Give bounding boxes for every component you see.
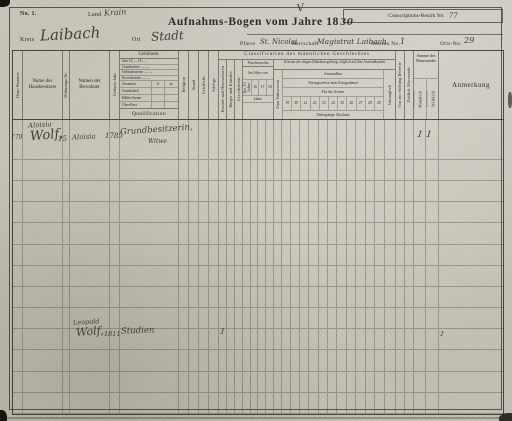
table-cell — [300, 308, 309, 328]
table-cell — [227, 350, 235, 370]
table-cell — [110, 287, 120, 307]
column-header-geistliche: Geistliche — [199, 51, 209, 119]
gebuehren-subrow: Über-Rest — [120, 102, 178, 108]
age-16-header: 16 — [252, 80, 259, 95]
maennlich-label: Männlich — [414, 91, 426, 108]
table-cell — [337, 372, 347, 392]
table-cell — [70, 350, 110, 370]
table-cell — [120, 160, 179, 180]
year-col: 25 — [338, 97, 347, 110]
table-cell — [328, 372, 337, 392]
table-cell — [439, 329, 503, 349]
table-cell — [209, 329, 219, 349]
table-cell — [356, 350, 366, 370]
armee-group: In keine der obigen Rubriken gehörig, fo… — [274, 60, 396, 119]
year-col: 27 — [357, 97, 366, 110]
table-cell — [396, 160, 405, 180]
kreis-value-handwritten: Laibach — [40, 23, 101, 44]
table-cell — [291, 308, 300, 328]
table-cell — [347, 245, 356, 265]
table-cell — [337, 223, 347, 243]
table-cell — [199, 181, 209, 201]
table-cell — [13, 245, 23, 265]
table-cell — [179, 266, 189, 286]
stand-label: Stand — [192, 80, 196, 90]
table-cell — [300, 266, 309, 286]
year-col: 21 — [301, 97, 310, 110]
table-cell — [328, 393, 337, 413]
section-value-handwritten: 1 — [400, 37, 405, 46]
table-cell — [328, 350, 337, 370]
table-cell — [300, 160, 309, 180]
table-cell — [23, 372, 63, 392]
year-col: 20 — [292, 97, 301, 110]
title-underline — [247, 34, 503, 35]
table-cell — [309, 160, 319, 180]
table-cell — [405, 245, 414, 265]
section-label: Section No. — [371, 41, 400, 47]
table-cell — [266, 223, 274, 243]
table-cell — [63, 181, 70, 201]
table-cell — [23, 223, 63, 243]
table-cell — [282, 393, 291, 413]
table-cell — [189, 287, 199, 307]
entry1-wohnungs-nr: 15 — [58, 135, 67, 143]
table-cell — [291, 266, 300, 286]
table-cell — [199, 393, 209, 413]
table-cell — [347, 266, 356, 286]
table-cell — [291, 223, 300, 243]
table-cell — [258, 287, 266, 307]
armee-bottom-label: Altersgattige Abschnitt — [283, 111, 383, 119]
table-cell — [120, 372, 179, 392]
table-cell — [235, 245, 243, 265]
nachwuchs-group: Nachwuchs Im Alter von bis 15 Jahre 16 1… — [243, 60, 274, 119]
table-cell — [300, 350, 309, 370]
table-cell — [291, 329, 300, 349]
table-cell — [366, 120, 375, 159]
table-cell — [209, 266, 219, 286]
table-cell — [70, 266, 110, 286]
table-cell — [23, 329, 63, 349]
table-cell — [258, 393, 266, 413]
table-cell — [405, 181, 414, 201]
table-cell — [235, 393, 243, 413]
table-cell — [414, 393, 426, 413]
annotation-mark: V — [296, 2, 305, 14]
vorzugsweise-band: Vorzugsweise zum Kriegsdienst — [283, 79, 383, 88]
table-cell — [258, 202, 266, 222]
table-cell — [266, 393, 274, 413]
kreuzer-cell — [165, 95, 178, 101]
table-cell — [319, 202, 328, 222]
table-cell — [179, 287, 189, 307]
table-cell — [227, 181, 235, 201]
table-cell — [63, 223, 70, 243]
table-cell — [375, 120, 385, 159]
table-cell — [258, 266, 266, 286]
beamte-label: Beamte und Honoratioren — [221, 66, 225, 112]
table-cell — [282, 350, 291, 370]
table-cell — [189, 266, 199, 286]
table-cell — [274, 160, 282, 180]
table-cell — [227, 372, 235, 392]
table-cell — [63, 393, 70, 413]
table-cell — [375, 181, 385, 201]
table-body — [13, 120, 503, 414]
table-cell — [385, 372, 396, 392]
table-cell — [366, 160, 375, 180]
table-cell — [366, 287, 375, 307]
table-cell — [282, 287, 291, 307]
table-cell — [375, 287, 385, 307]
table-cell — [235, 350, 243, 370]
table-cell — [300, 287, 309, 307]
table-cell — [258, 120, 266, 159]
form-title: Aufnahms-Bogen vom Jahre 1830 — [168, 16, 354, 28]
scan-artifact-bottom-left — [0, 410, 7, 421]
table-cell — [235, 308, 243, 328]
table-cell — [414, 308, 426, 328]
table-cell — [227, 223, 235, 243]
table-cell — [209, 223, 219, 243]
table-cell — [179, 223, 189, 243]
sheet-number: No. 1. — [20, 11, 37, 17]
table-header: Haus-Nummer Name des Hausbesitzers Wohnu… — [13, 51, 503, 120]
table-cell — [179, 350, 189, 370]
table-cell — [319, 266, 328, 286]
kreis-label: Kreis — [20, 37, 35, 43]
untauglich-label: Untauglich — [388, 85, 392, 105]
conscription-value-handwritten: 77 — [449, 12, 458, 20]
table-cell — [414, 287, 426, 307]
table-cell — [120, 266, 179, 286]
table-cell — [209, 350, 219, 370]
table-cell — [13, 223, 23, 243]
table-cell — [243, 202, 251, 222]
table-cell — [23, 202, 63, 222]
table-cell — [199, 245, 209, 265]
table-cell — [347, 223, 356, 243]
table-cell — [70, 372, 110, 392]
table-cell — [319, 350, 328, 370]
table-cell — [110, 181, 120, 201]
column-header-bewohner: Namen der Bewohner — [70, 51, 110, 119]
table-cell — [405, 308, 414, 328]
gebuehren-subrow: Hälfte-Steuer — [120, 95, 178, 102]
table-cell — [251, 393, 258, 413]
table-cell — [426, 245, 439, 265]
table-cell — [375, 393, 385, 413]
table-cell — [356, 160, 366, 180]
ort-value-handwritten: Stadt — [151, 28, 184, 44]
table-cell — [243, 223, 251, 243]
table-cell — [319, 308, 328, 328]
table-cell — [110, 372, 120, 392]
table-cell — [291, 202, 300, 222]
table-cell — [319, 181, 328, 201]
kreuzer-header: kr. — [165, 81, 178, 87]
table-cell — [274, 350, 282, 370]
table-cell — [209, 160, 219, 180]
table-cell — [328, 329, 337, 349]
table-cell — [439, 393, 503, 413]
table-cell — [309, 223, 319, 243]
table-cell — [414, 329, 426, 349]
entry2-class-mark: 1 — [220, 327, 226, 336]
table-cell — [282, 245, 291, 265]
subrow-label: Gesammt — [120, 81, 152, 87]
table-cell — [347, 120, 356, 159]
table-cell — [110, 393, 120, 413]
table-cell — [219, 181, 227, 201]
year-col: 22 — [311, 97, 320, 110]
table-cell — [235, 372, 243, 392]
table-cell — [291, 245, 300, 265]
table-cell — [266, 120, 274, 159]
table-cell — [309, 120, 319, 159]
table-cell — [251, 266, 258, 286]
table-cell — [120, 223, 179, 243]
table-cell — [199, 287, 209, 307]
table-cell — [309, 393, 319, 413]
nachwuchs-title: Nachwuchs — [243, 60, 273, 67]
table-cell — [405, 329, 414, 349]
armee-year-columns: 19 20 21 22 23 24 25 26 27 28 29 — [283, 97, 383, 111]
table-cell — [251, 329, 258, 349]
table-cell — [199, 160, 209, 180]
table-cell — [70, 393, 110, 413]
table-cell — [179, 372, 189, 392]
table-cell — [396, 223, 405, 243]
table-cell — [328, 287, 337, 307]
table-cell — [309, 308, 319, 328]
buerger-label: Bürger und Künstler — [229, 71, 233, 108]
table-cell — [300, 245, 309, 265]
table-cell — [356, 245, 366, 265]
table-cell — [251, 202, 258, 222]
table-row — [13, 202, 503, 223]
table-cell — [309, 245, 319, 265]
table-cell — [319, 393, 328, 413]
table-cell — [219, 308, 227, 328]
entry1-qualification-note: Witwe — [148, 138, 167, 145]
gebuehren-subrow: Grundstück — [120, 88, 178, 95]
adelige-label: Adelige — [212, 78, 216, 92]
table-cell — [282, 160, 291, 180]
table-cell — [337, 287, 347, 307]
table-cell — [63, 350, 70, 370]
column-header-gewerbsleute: Gewerbsleute — [235, 60, 243, 119]
table-cell — [227, 202, 235, 222]
table-row — [13, 393, 503, 414]
table-cell — [243, 393, 251, 413]
table-cell — [405, 120, 414, 159]
table-cell — [405, 287, 414, 307]
table-cell — [70, 160, 110, 180]
table-cell — [426, 287, 439, 307]
table-cell — [337, 393, 347, 413]
table-cell — [179, 160, 189, 180]
table-cell — [227, 245, 235, 265]
table-cell — [366, 329, 375, 349]
table-cell — [120, 350, 179, 370]
table-cell — [291, 350, 300, 370]
table-cell — [414, 181, 426, 201]
table-cell — [70, 181, 110, 201]
table-cell — [385, 329, 396, 349]
table-cell — [235, 202, 243, 222]
table-cell — [258, 329, 266, 349]
table-cell — [13, 329, 23, 349]
table-cell — [227, 120, 235, 159]
table-cell — [426, 350, 439, 370]
table-cell — [274, 120, 282, 159]
herrschaft-label: Herrschaft — [292, 41, 318, 47]
table-cell — [219, 372, 227, 392]
table-cell — [309, 287, 319, 307]
wohnungs-nr-label: Wohnungs-Nr. — [64, 72, 68, 98]
table-cell — [426, 372, 439, 392]
table-cell — [356, 181, 366, 201]
table-cell — [282, 372, 291, 392]
scan-artifact-top-left — [0, 0, 10, 7]
table-cell — [405, 160, 414, 180]
year-col: 26 — [347, 97, 356, 110]
paper-bottom-edge-shadow — [5, 417, 509, 419]
table-cell — [63, 329, 70, 349]
table-cell — [347, 393, 356, 413]
table-cell — [356, 329, 366, 349]
table-cell — [258, 350, 266, 370]
table-cell — [356, 266, 366, 286]
table-cell — [251, 245, 258, 265]
table-cell — [179, 245, 189, 265]
qualification-header: Qualification — [120, 109, 178, 119]
table-cell — [375, 202, 385, 222]
table-cell — [319, 160, 328, 180]
table-cell — [13, 266, 23, 286]
table-cell — [63, 202, 70, 222]
table-cell — [63, 245, 70, 265]
table-cell — [300, 372, 309, 392]
table-cell — [337, 202, 347, 222]
table-cell — [243, 160, 251, 180]
table-cell — [209, 308, 219, 328]
table-cell — [251, 287, 258, 307]
table-cell — [219, 266, 227, 286]
table-cell — [328, 181, 337, 201]
befreite-label: Von der Stellung Befreite — [398, 62, 402, 108]
table-cell — [405, 266, 414, 286]
table-cell — [219, 160, 227, 180]
table-cell — [266, 350, 274, 370]
table-cell — [375, 223, 385, 243]
table-cell — [258, 223, 266, 243]
column-header-befreite: Von der Stellung Befreite — [396, 51, 405, 119]
table-cell — [347, 329, 356, 349]
table-cell — [243, 287, 251, 307]
table-cell — [243, 329, 251, 349]
table-cell — [439, 350, 503, 370]
table-cell — [235, 223, 243, 243]
table-cell — [13, 287, 23, 307]
table-cell — [439, 266, 503, 286]
table-cell — [366, 350, 375, 370]
table-cell — [219, 202, 227, 222]
table-cell — [385, 393, 396, 413]
table-cell — [385, 223, 396, 243]
table-cell — [243, 245, 251, 265]
table-cell — [328, 120, 337, 159]
table-cell — [189, 350, 199, 370]
table-cell — [337, 245, 347, 265]
table-cell — [274, 181, 282, 201]
table-cell — [356, 308, 366, 328]
table-cell — [243, 372, 251, 392]
table-cell — [266, 245, 274, 265]
table-row — [13, 223, 503, 244]
table-cell — [366, 308, 375, 328]
table-cell — [23, 308, 63, 328]
table-cell — [347, 350, 356, 370]
table-cell — [385, 350, 396, 370]
table-cell — [385, 287, 396, 307]
table-cell — [396, 308, 405, 328]
table-cell — [13, 308, 23, 328]
table-cell — [439, 308, 503, 328]
table-cell — [291, 393, 300, 413]
maennlich-col: Männlich — [414, 79, 427, 119]
table-cell — [356, 372, 366, 392]
florin-cell — [152, 102, 165, 108]
nachwuchs-jahre: Jahre — [243, 96, 273, 103]
entry2-geburtsjahr: 1811 — [104, 330, 121, 338]
table-cell — [189, 160, 199, 180]
table-cell — [274, 287, 282, 307]
table-cell — [347, 308, 356, 328]
table-cell — [266, 308, 274, 328]
column-header-haus-nr: Haus-Nummer — [13, 51, 23, 119]
abwesende-label: Zeitlich Abwesende — [407, 67, 411, 102]
nachwuchs-spacer — [243, 103, 273, 119]
table-cell — [251, 350, 258, 370]
fuhrwesen-col: Zum Fuhrwesen — [274, 70, 283, 119]
table-cell — [300, 223, 309, 243]
table-row — [13, 245, 503, 266]
table-cell — [70, 223, 110, 243]
table-cell — [274, 266, 282, 286]
table-cell — [439, 372, 503, 392]
table-cell — [426, 160, 439, 180]
column-header-abwesende: Zeitlich Abwesende — [405, 51, 414, 119]
table-cell — [23, 160, 63, 180]
table-cell — [219, 223, 227, 243]
table-cell — [179, 393, 189, 413]
table-cell — [426, 308, 439, 328]
table-cell — [439, 120, 503, 159]
table-cell — [337, 308, 347, 328]
table-cell — [110, 202, 120, 222]
table-cell — [235, 266, 243, 286]
table-cell — [274, 245, 282, 265]
table-cell — [426, 266, 439, 286]
table-cell — [328, 245, 337, 265]
table-cell — [405, 350, 414, 370]
conscription-label: Conscriptions-Bezirk No. — [388, 13, 445, 19]
table-cell — [199, 350, 209, 370]
table-cell — [219, 245, 227, 265]
